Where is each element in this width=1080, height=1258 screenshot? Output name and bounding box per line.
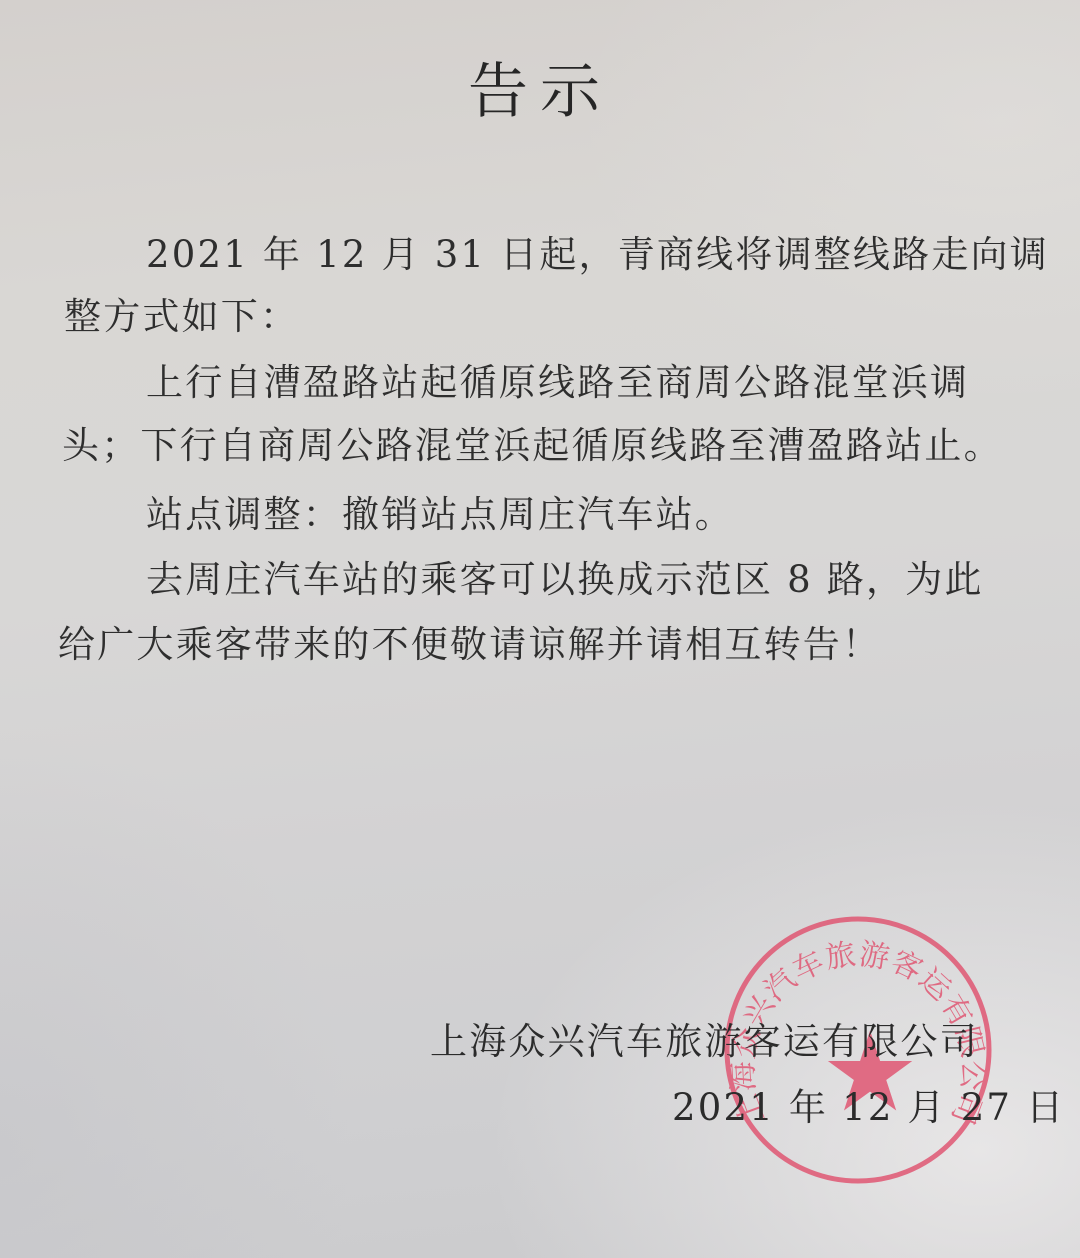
signature-company: 上海众兴汽车旅游客运有限公司 [430,1017,979,1067]
paragraph-1-line-2: 整方式如下： [64,292,299,342]
paragraph-4-line-2: 给广大乘客带来的不便敬请谅解并请相互转告！ [58,620,881,670]
paragraph-3-line-1: 站点调整：撤销站点周庄汽车站。 [146,490,734,540]
signature-date: 2021 年 12 月 27 日 [672,1083,1065,1133]
notice-title: 告示 [0,52,1080,132]
paragraph-1-line-1: 2021 年 12 月 31 日起，青商线将调整线路走向调 [146,230,1049,280]
paragraph-2-line-1: 上行自漕盈路站起循原线路至商周公路混堂浜调 [146,358,969,408]
paragraph-2-line-2: 头；下行自商周公路混堂浜起循原线路至漕盈路站止。 [62,421,1003,471]
paragraph-4-line-1: 去周庄汽车站的乘客可以换成示范区 8 路，为此 [146,555,984,605]
